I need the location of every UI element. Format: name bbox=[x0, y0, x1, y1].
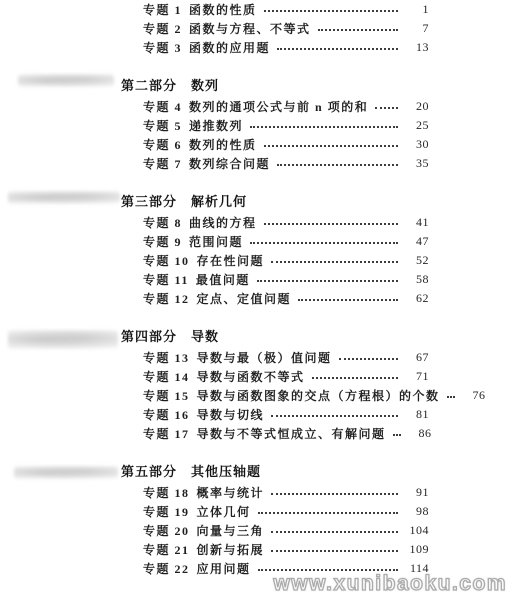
toc-entry-label: 专题 17 bbox=[143, 425, 190, 442]
page-number: 62 bbox=[405, 291, 429, 306]
section-header: 第二部分 数列 bbox=[0, 75, 507, 94]
section-title: 解析几何 bbox=[191, 191, 247, 210]
toc-entry: 专题 3 函数的应用题 13 bbox=[0, 38, 507, 57]
toc-entry-title: 最值问题 bbox=[196, 271, 250, 288]
toc-entry-title: 导数与不等式恒成立、有解问题 bbox=[197, 425, 386, 442]
toc-entry: 专题 20 向量与三角 104 bbox=[0, 521, 507, 540]
toc-entry: 专题 8 曲线的方程 41 bbox=[0, 213, 507, 232]
toc-entry: 专题 13 导数与最（极）值问题 67 bbox=[0, 348, 507, 367]
toc-entry-title: 范围问题 bbox=[189, 233, 243, 250]
page-number: 20 bbox=[405, 99, 429, 114]
toc-entry: 专题 15 导数与函数图象的交点（方程根）的个数 76 bbox=[0, 386, 507, 405]
page-number: 109 bbox=[405, 542, 429, 557]
toc-entry: 专题 17 导数与不等式恒成立、有解问题 86 bbox=[0, 424, 507, 443]
toc-entry-title: 导数与函数不等式 bbox=[197, 368, 305, 385]
dot-leader bbox=[271, 550, 398, 552]
watermark: www.xunibaoku.com bbox=[273, 572, 507, 596]
dot-leader bbox=[271, 493, 398, 495]
section-header: 第五部分 其他压轴题 bbox=[0, 461, 507, 480]
section-label: 第二部分 bbox=[121, 75, 177, 94]
toc-part-3: 第三部分 解析几何 专题 8 曲线的方程 41 专题 9 范围问题 47 专题 … bbox=[0, 191, 507, 308]
dot-leader bbox=[318, 29, 398, 31]
toc-entry-label: 专题 2 bbox=[143, 20, 182, 37]
toc-entry-label: 专题 11 bbox=[143, 271, 189, 288]
dot-leader bbox=[257, 280, 398, 282]
toc-entry: 专题 9 范围问题 47 bbox=[0, 232, 507, 251]
toc-entry-title: 数列的性质 bbox=[189, 136, 257, 153]
toc-entry: 专题 21 创新与拓展 109 bbox=[0, 540, 507, 559]
toc-entry-label: 专题 9 bbox=[143, 233, 182, 250]
toc-entry: 专题 18 概率与统计 91 bbox=[0, 483, 507, 502]
page-number: 47 bbox=[405, 234, 429, 249]
toc-entry-label: 专题 18 bbox=[143, 484, 190, 501]
toc-entry: 专题 1 函数的性质 1 bbox=[0, 0, 507, 19]
toc-entry-title: 定点、定值问题 bbox=[197, 290, 292, 307]
toc-entry: 专题 19 立体几何 98 bbox=[0, 502, 507, 521]
toc-entry-title: 导数与切线 bbox=[197, 406, 265, 423]
toc-entry-label: 专题 22 bbox=[143, 560, 190, 577]
page-number: 81 bbox=[405, 407, 429, 422]
toc-entry: 专题 7 数列综合问题 35 bbox=[0, 154, 507, 173]
page-number: 7 bbox=[405, 21, 429, 36]
toc-entry-label: 专题 12 bbox=[143, 290, 190, 307]
toc-entry: 专题 6 数列的性质 30 bbox=[0, 135, 507, 154]
section-title: 数列 bbox=[191, 75, 219, 94]
toc-entry-label: 专题 5 bbox=[143, 117, 182, 134]
page-number: 67 bbox=[405, 350, 429, 365]
page-number: 1 bbox=[405, 2, 429, 17]
toc-entry-label: 专题 4 bbox=[143, 98, 182, 115]
toc-part-1: 专题 1 函数的性质 1 专题 2 函数与方程、不等式 7 专题 3 函数的应用… bbox=[0, 0, 507, 57]
toc-entry-label: 专题 10 bbox=[143, 252, 190, 269]
dot-leader bbox=[264, 10, 398, 12]
toc-entry-label: 专题 7 bbox=[143, 155, 182, 172]
toc-entry: 专题 10 存在性问题 52 bbox=[0, 251, 507, 270]
page-number: 13 bbox=[405, 40, 429, 55]
section-header: 第三部分 解析几何 bbox=[0, 191, 507, 210]
section-label: 第三部分 bbox=[121, 191, 177, 210]
dot-leader bbox=[375, 107, 398, 109]
dot-leader bbox=[277, 164, 398, 166]
toc-part-2: 第二部分 数列 专题 4 数列的通项公式与前 n 项的和 20 专题 5 递推数… bbox=[0, 75, 507, 173]
page-number: 71 bbox=[405, 369, 429, 384]
page-number: 30 bbox=[405, 137, 429, 152]
section-title: 导数 bbox=[191, 326, 219, 345]
dot-leader bbox=[393, 434, 401, 436]
toc-entry-title: 导数与函数图象的交点（方程根）的个数 bbox=[197, 387, 440, 404]
page-number: 91 bbox=[405, 485, 429, 500]
dot-leader bbox=[339, 358, 398, 360]
toc-entry-title: 导数与最（极）值问题 bbox=[197, 349, 332, 366]
dot-leader bbox=[250, 126, 398, 128]
page-number: 25 bbox=[405, 118, 429, 133]
toc-entry-label: 专题 19 bbox=[143, 503, 190, 520]
toc-entry: 专题 11 最值问题 58 bbox=[0, 270, 507, 289]
dot-leader bbox=[258, 512, 398, 514]
dot-leader bbox=[298, 299, 398, 301]
dot-leader bbox=[271, 261, 398, 263]
toc-entry-title: 数列综合问题 bbox=[189, 155, 270, 172]
toc-entry-title: 概率与统计 bbox=[197, 484, 265, 501]
dot-leader bbox=[258, 569, 398, 571]
section-title: 其他压轴题 bbox=[191, 461, 261, 480]
toc-entry-title: 函数与方程、不等式 bbox=[189, 20, 311, 37]
page-number: 58 bbox=[405, 272, 429, 287]
toc-entry-label: 专题 6 bbox=[143, 136, 182, 153]
toc-entry: 专题 5 递推数列 25 bbox=[0, 116, 507, 135]
toc-entry-label: 专题 3 bbox=[143, 39, 182, 56]
toc-entry-title: 函数的性质 bbox=[189, 1, 257, 18]
section-header: 第四部分 导数 bbox=[0, 326, 507, 345]
toc-entry-title: 向量与三角 bbox=[197, 522, 265, 539]
toc-part-4: 第四部分 导数 专题 13 导数与最（极）值问题 67 专题 14 导数与函数不… bbox=[0, 326, 507, 443]
page-number: 104 bbox=[405, 523, 429, 538]
section-label: 第四部分 bbox=[121, 326, 177, 345]
toc-entry-title: 立体几何 bbox=[197, 503, 251, 520]
toc-entry-label: 专题 21 bbox=[143, 541, 190, 558]
toc-entry: 专题 4 数列的通项公式与前 n 项的和 20 bbox=[0, 97, 507, 116]
toc-entry-label: 专题 14 bbox=[143, 368, 190, 385]
toc-entry-title: 函数的应用题 bbox=[189, 39, 270, 56]
toc-entry-label: 专题 13 bbox=[143, 349, 190, 366]
toc-entry-title: 曲线的方程 bbox=[189, 214, 257, 231]
toc-entry-label: 专题 1 bbox=[143, 1, 182, 18]
toc-entry-label: 专题 20 bbox=[143, 522, 190, 539]
toc-entry-label: 专题 15 bbox=[143, 387, 190, 404]
toc-entry-label: 专题 16 bbox=[143, 406, 190, 423]
toc-entry: 专题 12 定点、定值问题 62 bbox=[0, 289, 507, 308]
toc-entry-title: 应用问题 bbox=[197, 560, 251, 577]
dot-leader bbox=[264, 145, 398, 147]
dot-leader bbox=[312, 377, 398, 379]
section-label: 第五部分 bbox=[121, 461, 177, 480]
page-number: 76 bbox=[462, 388, 486, 403]
dot-leader bbox=[264, 223, 398, 225]
toc-entry-title: 递推数列 bbox=[189, 117, 243, 134]
page-number: 86 bbox=[408, 426, 432, 441]
dot-leader bbox=[271, 415, 398, 417]
page-number: 52 bbox=[405, 253, 429, 268]
toc-entry-title: 创新与拓展 bbox=[197, 541, 265, 558]
table-of-contents: 专题 1 函数的性质 1 专题 2 函数与方程、不等式 7 专题 3 函数的应用… bbox=[0, 0, 507, 578]
page-number: 41 bbox=[405, 215, 429, 230]
page-number: 35 bbox=[405, 156, 429, 171]
dot-leader bbox=[271, 531, 398, 533]
toc-entry-label: 专题 8 bbox=[143, 214, 182, 231]
page-number: 98 bbox=[405, 504, 429, 519]
dot-leader bbox=[250, 242, 398, 244]
toc-entry: 专题 14 导数与函数不等式 71 bbox=[0, 367, 507, 386]
toc-entry-title: 数列的通项公式与前 n 项的和 bbox=[189, 98, 368, 115]
toc-part-5: 第五部分 其他压轴题 专题 18 概率与统计 91 专题 19 立体几何 98 … bbox=[0, 461, 507, 578]
toc-entry-title: 存在性问题 bbox=[197, 252, 265, 269]
toc-entry: 专题 2 函数与方程、不等式 7 bbox=[0, 19, 507, 38]
toc-entry: 专题 16 导数与切线 81 bbox=[0, 405, 507, 424]
scanned-toc-page: 专题 1 函数的性质 1 专题 2 函数与方程、不等式 7 专题 3 函数的应用… bbox=[0, 0, 507, 598]
dot-leader bbox=[277, 48, 398, 50]
dot-leader bbox=[447, 396, 455, 398]
